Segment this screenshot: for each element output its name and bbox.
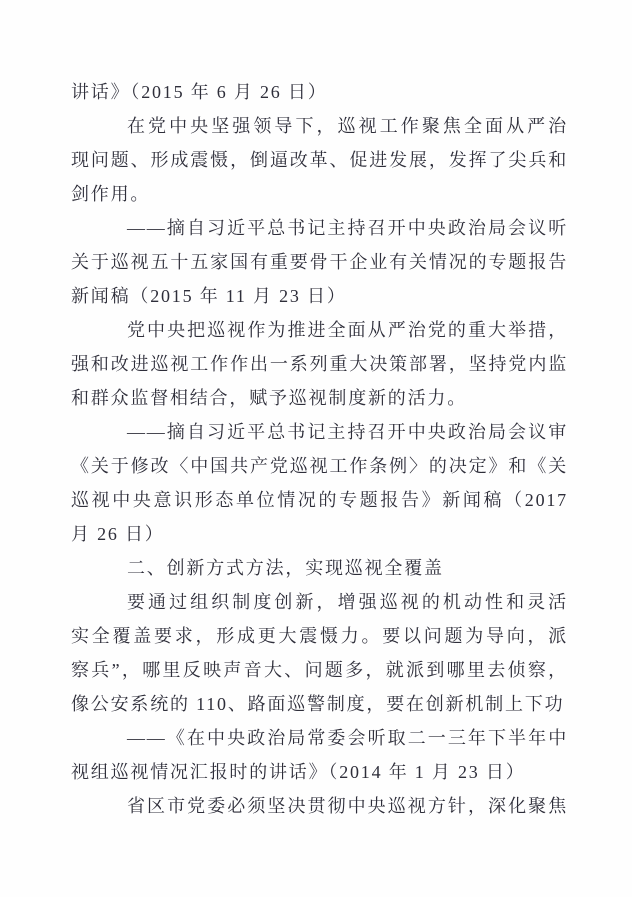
document-page: 讲话》（2015 年 6 月 26 日）在党中央坚强领导下，巡视工作聚焦全面从严… xyxy=(0,0,632,897)
text-line: 关于巡视五十五家国有重要骨干企业有关情况的专题报告 xyxy=(71,245,568,279)
text-line: 讲话》（2015 年 6 月 26 日） xyxy=(71,75,568,109)
text-line: ——摘自习近平总书记主持召开中央政治局会议听取 xyxy=(71,211,568,245)
text-line: 剑作用。 xyxy=(71,177,568,211)
text-line: 月 26 日） xyxy=(71,517,568,551)
text-line: 要通过组织制度创新，增强巡视的机动性和灵活性，落 xyxy=(71,585,568,619)
text-line: 二、创新方式方法，实现巡视全覆盖 xyxy=(71,551,568,585)
text-line: ——《在中央政治局常委会听取二一三年下半年中央巡 xyxy=(71,721,568,755)
text-line: 察兵”，哪里反映声音大、问题多，就派到哪里去侦察，就 xyxy=(71,653,568,687)
document-text-block: 讲话》（2015 年 6 月 26 日）在党中央坚强领导下，巡视工作聚焦全面从严… xyxy=(71,75,568,823)
text-line: 党中央把巡视作为推进全面从严治党的重大举措，对加 xyxy=(71,313,568,347)
text-line: 《关于修改〈中国共产党巡视工作条例〉的决定》和《关于 xyxy=(71,449,568,483)
text-line: ——摘自习近平总书记主持召开中央政治局会议审议 xyxy=(71,415,568,449)
text-line: 现问题、形成震慑，倒逼改革、促进发展，发挥了尖兵和利 xyxy=(71,143,568,177)
text-line: 新闻稿（2015 年 11 月 23 日） xyxy=(71,279,568,313)
text-line: 视组巡视情况汇报时的讲话》（2014 年 1 月 23 日） xyxy=(71,755,568,789)
text-line: 实全覆盖要求，形成更大震慑力。要以问题为导向，派出“侦 xyxy=(71,619,568,653)
text-line: 强和改进巡视工作作出一系列重大决策部署，坚持党内监督 xyxy=(71,347,568,381)
text-line: 省区市党委必须坚决贯彻中央巡视方针，深化聚焦转型， xyxy=(71,789,568,823)
text-line: 像公安系统的 110、路面巡警制度，要在创新机制上下功夫。 xyxy=(71,687,568,721)
text-line: 和群众监督相结合，赋予巡视制度新的活力。 xyxy=(71,381,568,415)
text-line: 在党中央坚强领导下，巡视工作聚焦全面从严治党，发 xyxy=(71,109,568,143)
text-line: 巡视中央意识形态单位情况的专题报告》新闻稿（2017 年 5 xyxy=(71,483,568,517)
